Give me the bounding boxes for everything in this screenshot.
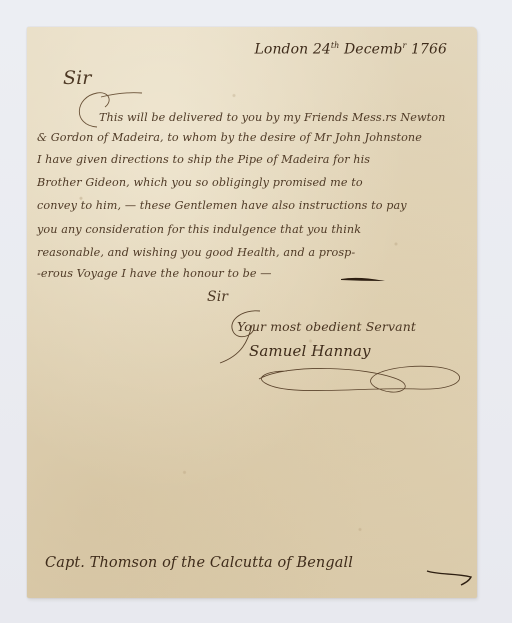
dateline-day-suffix: th bbox=[331, 41, 340, 50]
viewer-background: Sir London 24th Decembr 1766 This will b… bbox=[0, 0, 512, 623]
body-line: convey to him, — these Gentlemen have al… bbox=[37, 199, 407, 212]
dateline-day: 24 bbox=[313, 42, 331, 58]
dateline-month-suffix: r bbox=[402, 41, 406, 50]
addressee-tail-icon bbox=[425, 567, 475, 587]
body-line: reasonable, and wishing you good Health,… bbox=[37, 246, 355, 259]
dateline-month: Decemb bbox=[344, 42, 402, 58]
dateline-place: London bbox=[255, 42, 309, 58]
closing-line: Your most obedient Servant bbox=[237, 319, 416, 334]
addressee: Capt. Thomson of the Calcutta of Bengall bbox=[45, 555, 353, 571]
letter-page: Sir London 24th Decembr 1766 This will b… bbox=[27, 27, 477, 598]
ink-dash-icon bbox=[339, 275, 389, 285]
body-line: & Gordon of Madeira, to whom by the desi… bbox=[37, 131, 422, 144]
signature: Samuel Hannay bbox=[249, 342, 371, 360]
dateline-year: 1766 bbox=[411, 42, 447, 58]
body-line: -erous Voyage I have the honour to be — bbox=[37, 267, 272, 280]
dateline: London 24th Decembr 1766 bbox=[255, 41, 447, 58]
closing-salutation: Sir bbox=[207, 289, 228, 305]
body-line: This will be delivered to you by my Frie… bbox=[99, 111, 445, 124]
body-line: Brother Gideon, which you so obligingly … bbox=[37, 176, 363, 189]
body-line: you any consideration for this indulgenc… bbox=[37, 223, 361, 236]
signature-paraph-icon bbox=[247, 357, 477, 402]
body-line: I have given directions to ship the Pipe… bbox=[37, 153, 370, 166]
salutation: Sir bbox=[63, 67, 91, 89]
